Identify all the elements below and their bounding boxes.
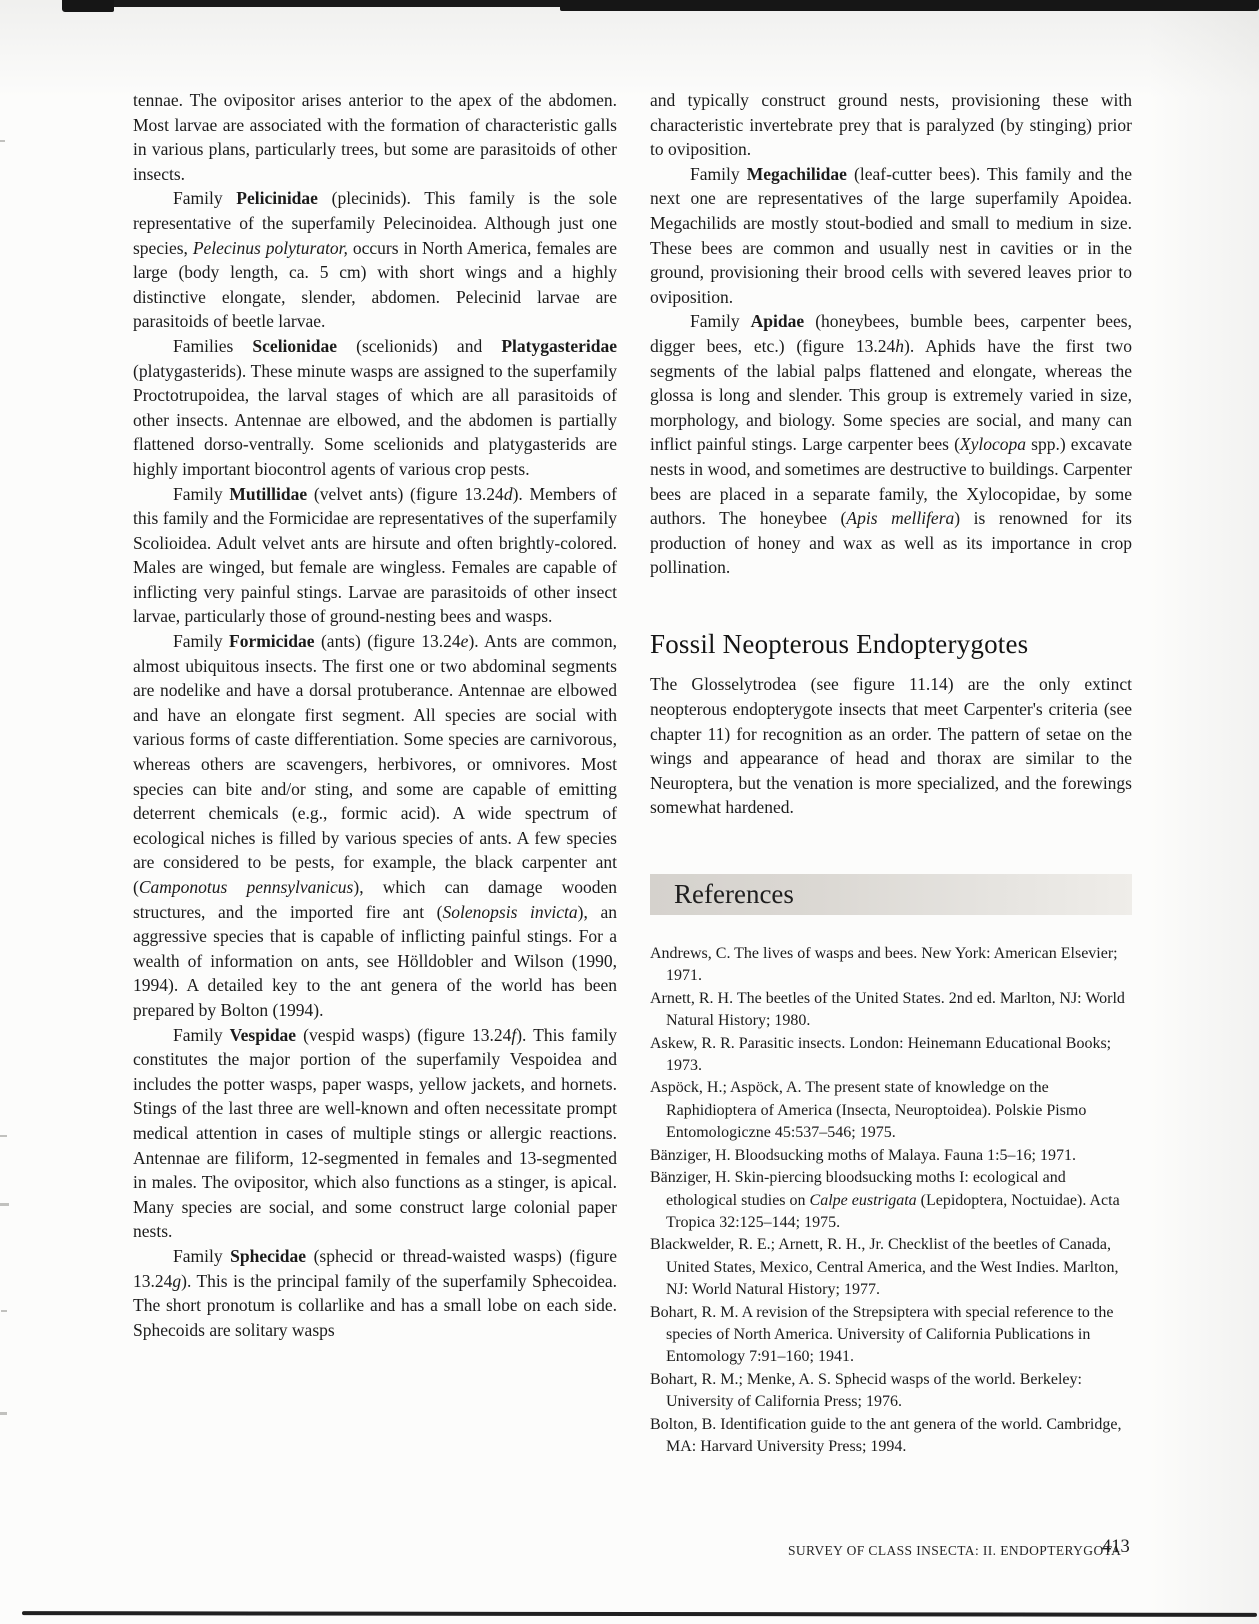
body-paragraph: Families Scelionidae (scelionids) and Pl… [133, 334, 617, 482]
scan-shading-right [1149, 0, 1259, 1624]
reference-entry: Bolton, B. Identification guide to the a… [650, 1414, 1132, 1459]
body-paragraph: Family Formicidae (ants) (figure 13.24e)… [133, 629, 617, 1023]
body-paragraph: tennae. The ovipositor arises anterior t… [133, 88, 617, 186]
body-paragraph: Family Vespidae (vespid wasps) (figure 1… [133, 1023, 617, 1244]
scan-artifact-edge-mark [0, 140, 5, 142]
reference-entry: Bohart, R. M. A revision of the Strepsip… [650, 1302, 1132, 1369]
references-heading: References [674, 882, 794, 907]
running-footer: SURVEY OF CLASS INSECTA: II. ENDOPTERYGO… [788, 1543, 1121, 1559]
body-paragraph: Family Mutillidae (velvet ants) (figure … [133, 482, 617, 630]
scan-artifact-edge-mark [0, 1135, 7, 1137]
right-text-column: and typically construct ground nests, pr… [650, 88, 1132, 1458]
scan-artifact-top-bar-thick [560, 0, 1259, 11]
references-list: Andrews, C. The lives of wasps and bees.… [650, 943, 1132, 1458]
right-column-paragraphs: and typically construct ground nests, pr… [650, 88, 1132, 580]
left-text-column: tennae. The ovipositor arises anterior t… [133, 88, 617, 1342]
section-heading-fossil-neopterous-endopterygotes: Fossil Neopterous Endopterygotes [650, 632, 1132, 657]
references-header-bar: References [650, 874, 1132, 915]
body-paragraph: Family Apidae (honeybees, bumble bees, c… [650, 309, 1132, 580]
reference-entry: Blackwelder, R. E.; Arnett, R. H., Jr. C… [650, 1234, 1132, 1301]
scan-artifact-edge-mark [0, 1412, 7, 1415]
body-paragraph: and typically construct ground nests, pr… [650, 88, 1132, 162]
left-column-paragraphs: tennae. The ovipositor arises anterior t… [133, 88, 617, 1342]
page-number: 413 [1102, 1537, 1130, 1558]
body-paragraph: Family Sphecidae (sphecid or thread-wais… [133, 1244, 617, 1342]
scan-artifact-bottom-line [22, 1611, 1257, 1617]
reference-entry: Aspöck, H.; Aspöck, A. The present state… [650, 1077, 1132, 1144]
reference-entry: Bänziger, H. Skin-piercing bloodsucking … [650, 1167, 1132, 1234]
reference-entry: Arnett, R. H. The beetles of the United … [650, 988, 1132, 1033]
body-paragraph: Family Megachilidae (leaf-cutter bees). … [650, 162, 1132, 310]
fossil-section-paragraph: The Glosselytrodea (see figure 11.14) ar… [650, 672, 1132, 820]
body-paragraph: Family Pelicinidae (plecinids). This fam… [133, 186, 617, 334]
reference-entry: Bohart, R. M.; Menke, A. S. Sphecid wasp… [650, 1369, 1132, 1414]
scan-artifact-edge-mark [1, 1310, 7, 1312]
reference-entry: Bänziger, H. Bloodsucking moths of Malay… [650, 1145, 1132, 1167]
reference-entry: Askew, R. R. Parasitic insects. London: … [650, 1033, 1132, 1078]
scan-artifact-top-bar-left-blob [62, 0, 114, 12]
scan-artifact-edge-mark [0, 1203, 9, 1206]
reference-entry: Andrews, C. The lives of wasps and bees.… [650, 943, 1132, 988]
